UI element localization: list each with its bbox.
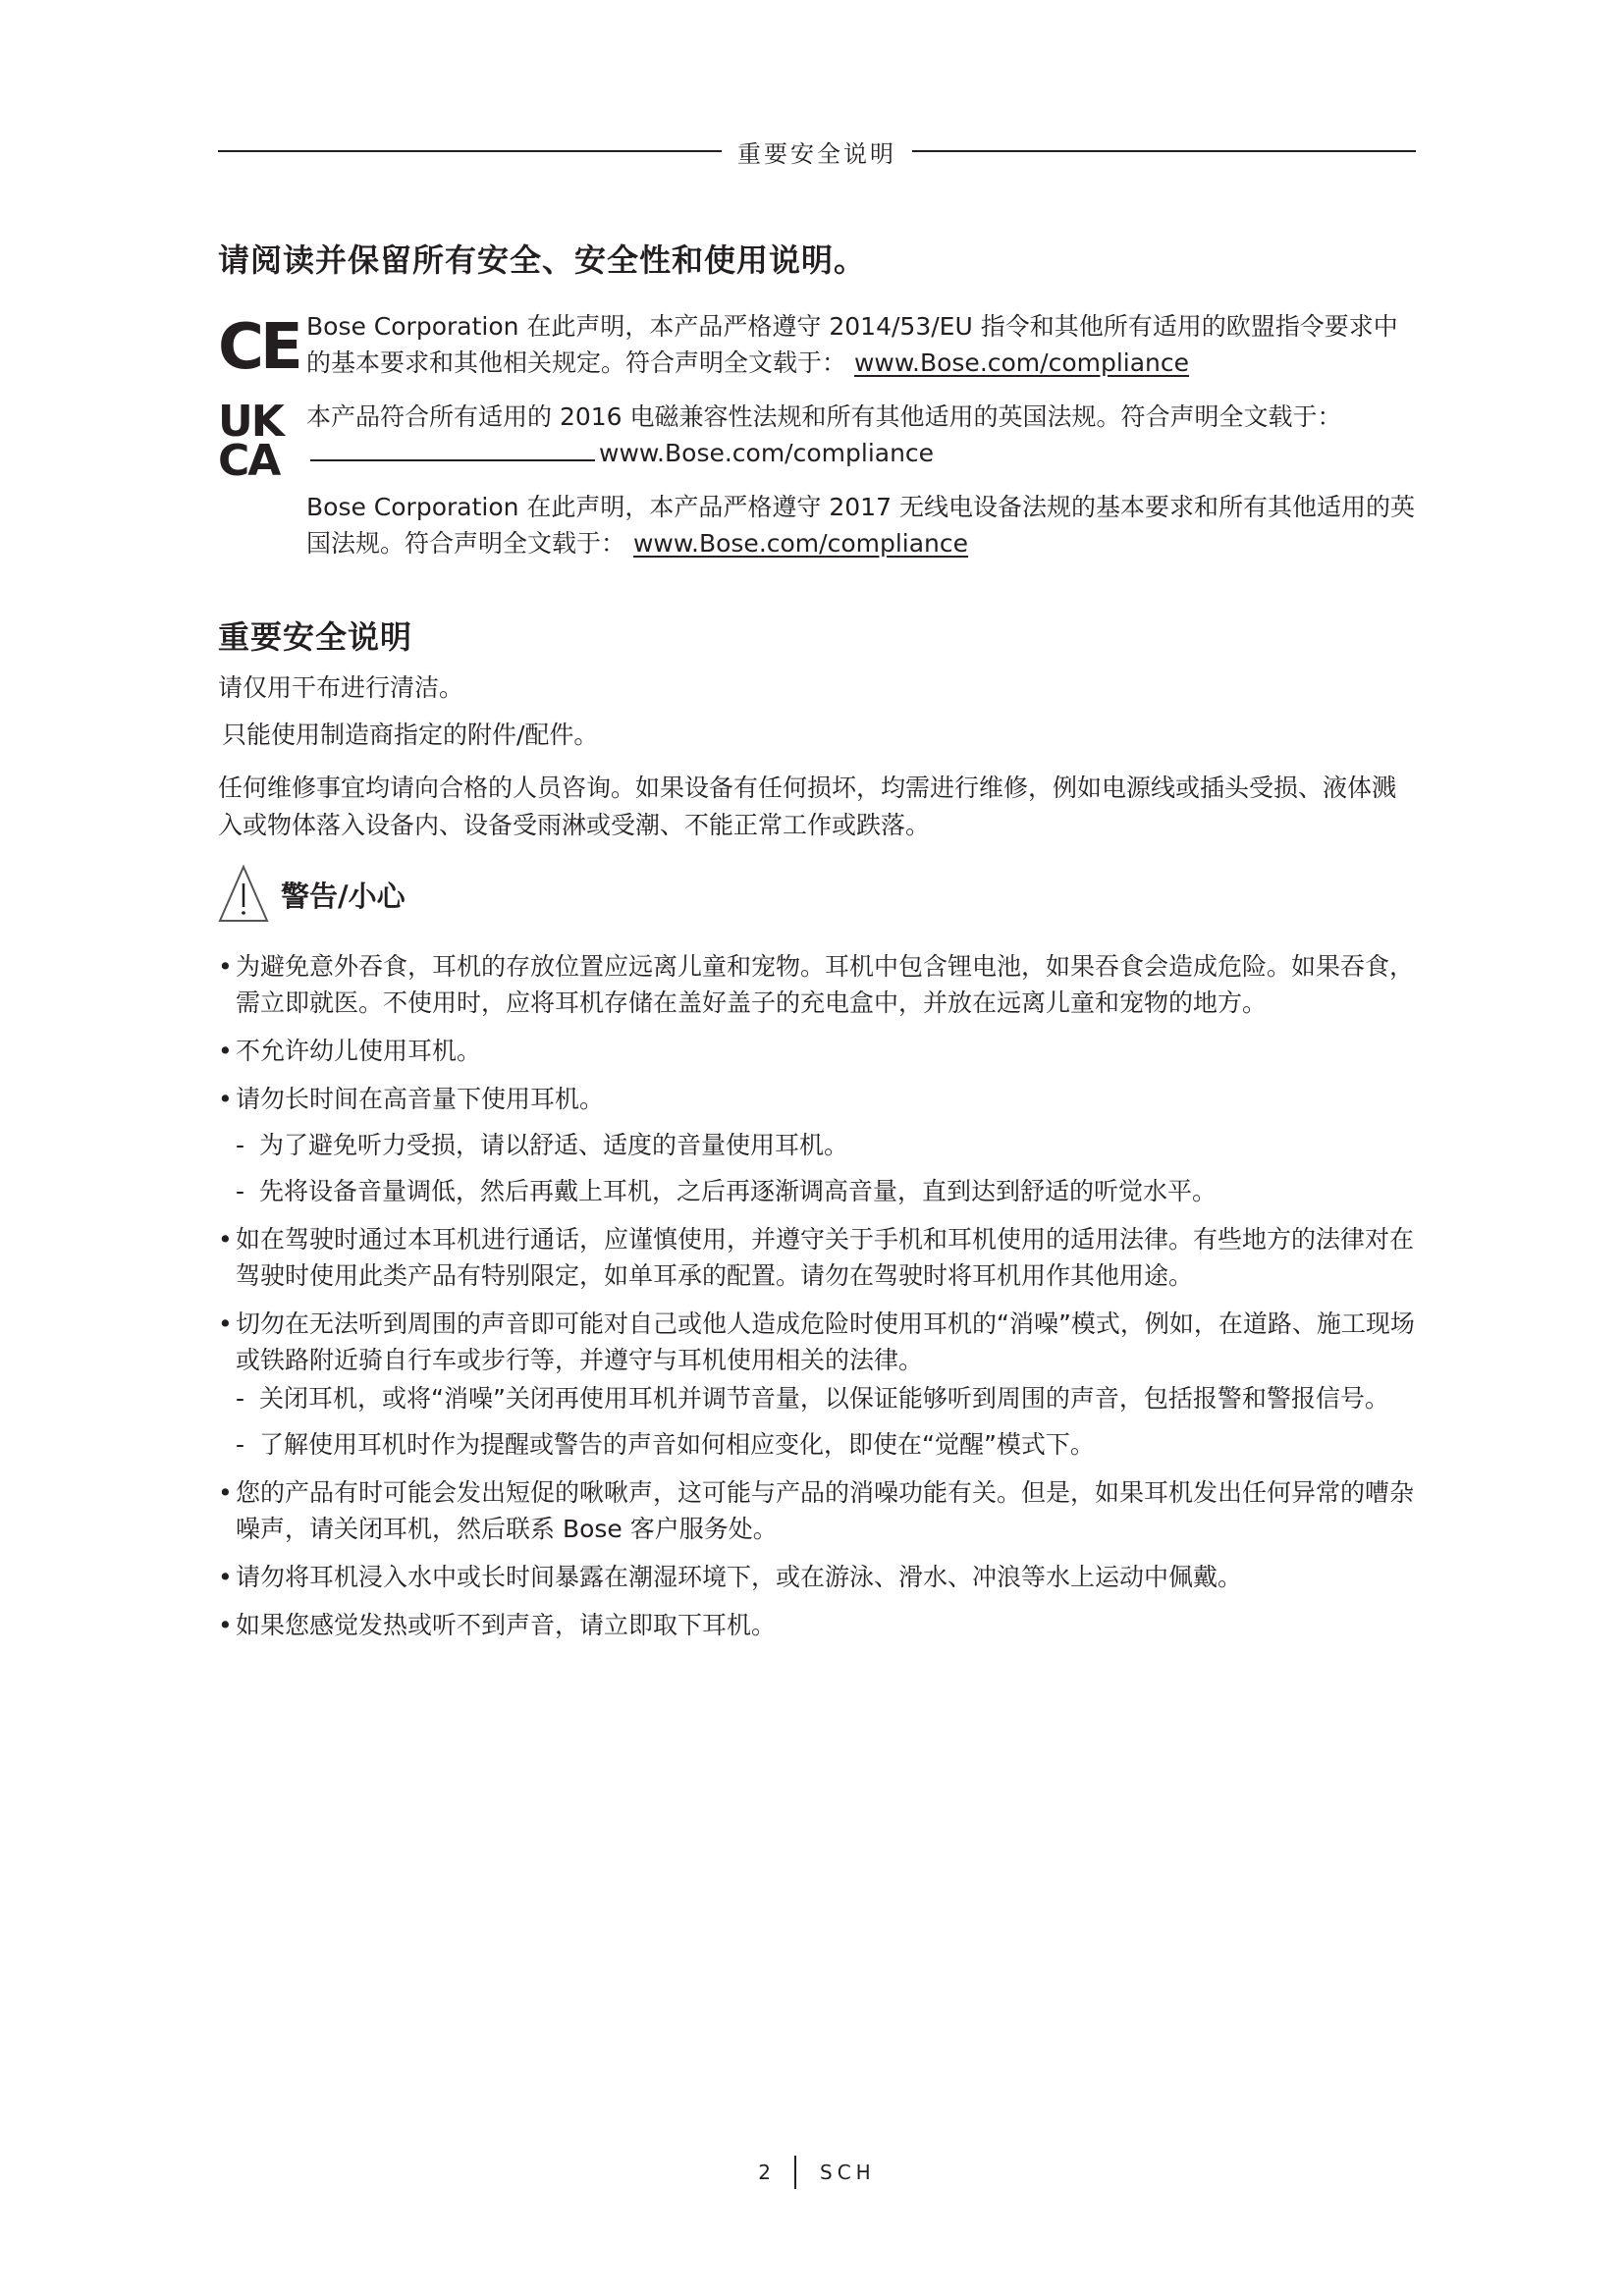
ukca-declaration: UK CA 本产品符合所有适用的 2016 电磁兼容性法规和所有其他适用的英国法… bbox=[218, 399, 1416, 565]
subitem-text: 先将设备音量调低，然后再戴上耳机，之后再逐渐调高音量，直到达到舒适的听觉水平。 bbox=[259, 1177, 1217, 1205]
ukca-radio-text: Bose Corporation 在此声明，本产品严格遵守 2017 无线电设备… bbox=[306, 489, 1416, 561]
dash-marker: - bbox=[236, 1173, 244, 1209]
warning-subitem: -关闭耳机，或将“消噪”关闭再使用耳机并调节音量，以保证能够听到周围的声音，包括… bbox=[218, 1380, 1416, 1416]
running-header-title: 重要安全说明 bbox=[722, 134, 912, 169]
safety-paragraph: 任何维修事宜均请向合格的人员咨询。如果设备有任何损坏，均需进行维修，例如电源线或… bbox=[218, 770, 1416, 844]
ukca-mark-icon: UK CA bbox=[218, 402, 283, 481]
warning-triangle-icon bbox=[218, 864, 269, 925]
footer-separator bbox=[794, 2156, 796, 2189]
warning-title: 警告/小心 bbox=[281, 875, 406, 915]
warning-subitem: -为了避免听力受损，请以舒适、适度的音量使用耳机。 bbox=[218, 1127, 1416, 1163]
ukca-text-1: 本产品符合所有适用的 2016 电磁兼容性法规和所有其他适用的英国法规。符合声明… bbox=[306, 402, 1342, 431]
page-number: 2 bbox=[758, 2161, 771, 2184]
warning-item: 您的产品有时可能会发出短促的啾啾声，这可能与产品的消噪功能有关。但是，如果耳机发… bbox=[218, 1474, 1416, 1547]
subitem-text: 关闭耳机，或将“消噪”关闭再使用耳机并调节音量，以保证能够听到周围的声音，包括报… bbox=[259, 1384, 1389, 1413]
warning-item: 如在驾驶时通过本耳机进行通话，应谨慎使用，并遵守关于手机和耳机使用的适用法律。有… bbox=[218, 1221, 1416, 1294]
ukca-compliance-link-2[interactable]: www.Bose.com/compliance bbox=[633, 529, 968, 558]
warning-subitem: -先将设备音量调低，然后再戴上耳机，之后再逐渐调高音量，直到达到舒适的听觉水平。 bbox=[218, 1173, 1416, 1209]
dash-marker: - bbox=[236, 1380, 244, 1416]
subitem-text: 为了避免听力受损，请以舒适、适度的音量使用耳机。 bbox=[259, 1131, 848, 1159]
main-title: 请阅读并保留所有安全、安全性和使用说明。 bbox=[218, 236, 866, 281]
warning-item: 不允许幼儿使用耳机。 bbox=[218, 1033, 1416, 1069]
warning-subitem: -了解使用耳机时作为提醒或警告的声音如何相应变化，即使在“觉醒”模式下。 bbox=[218, 1426, 1416, 1463]
warning-item: 请勿将耳机浸入水中或长时间暴露在潮湿环境下，或在游泳、滑水、冲浪等水上运动中佩戴… bbox=[218, 1559, 1416, 1595]
safety-paragraph: 请仅用干布进行清洁。 bbox=[218, 669, 1416, 707]
running-header: 重要安全说明 bbox=[218, 133, 1416, 169]
ce-declaration-text: Bose Corporation 在此声明，本产品严格遵守 2014/53/EU… bbox=[306, 308, 1416, 381]
ukca-compliance-link-1[interactable]: www.Bose.com/compliance bbox=[599, 439, 934, 467]
page-footer: 2 SCH bbox=[218, 2156, 1416, 2189]
dash-marker: - bbox=[236, 1426, 244, 1463]
ce-declaration: CE Bose Corporation 在此声明，本产品严格遵守 2014/53… bbox=[218, 308, 1416, 387]
ce-mark-icon: CE bbox=[218, 316, 299, 379]
warning-item: 如果您感觉发热或听不到声音，请立即取下耳机。 bbox=[218, 1607, 1416, 1643]
warning-item: 为避免意外吞食，耳机的存放位置应远离儿童和宠物。耳机中包含锂电池，如果吞食会造成… bbox=[218, 948, 1416, 1021]
language-code: SCH bbox=[820, 2161, 876, 2184]
ce-text: Bose Corporation 在此声明，本产品严格遵守 2014/53/EU… bbox=[306, 312, 1398, 377]
safety-title: 重要安全说明 bbox=[218, 613, 412, 658]
warning-item: 切勿在无法听到周围的声音即可能对自己或他人造成危险时使用耳机的“消噪”模式，例如… bbox=[218, 1306, 1416, 1378]
warning-item: 请勿长时间在高音量下使用耳机。 bbox=[218, 1081, 1416, 1117]
header-rule-left bbox=[218, 150, 722, 152]
blank-line bbox=[310, 440, 595, 461]
warning-heading: 警告/小心 bbox=[218, 864, 406, 925]
safety-paragraph: 只能使用制造商指定的附件/配件。 bbox=[222, 717, 1420, 754]
ce-compliance-link[interactable]: www.Bose.com/compliance bbox=[854, 348, 1189, 377]
dash-marker: - bbox=[236, 1127, 244, 1163]
warning-list: 为避免意外吞食，耳机的存放位置应远离儿童和宠物。耳机中包含锂电池，如果吞食会造成… bbox=[218, 948, 1416, 1655]
subitem-text: 了解使用耳机时作为提醒或警告的声音如何相应变化，即使在“觉醒”模式下。 bbox=[259, 1430, 1095, 1459]
ukca-mark-bottom: CA bbox=[218, 442, 283, 481]
ukca-emc-text: 本产品符合所有适用的 2016 电磁兼容性法规和所有其他适用的英国法规。符合声明… bbox=[306, 399, 1416, 471]
header-rule-right bbox=[912, 150, 1416, 152]
